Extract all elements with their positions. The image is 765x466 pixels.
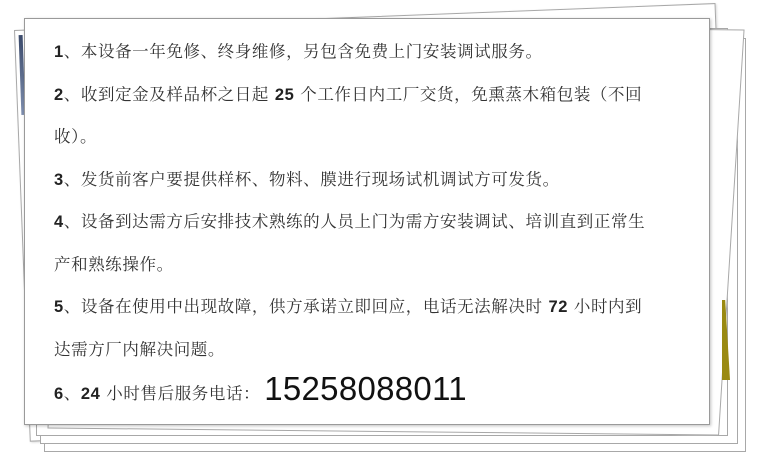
term-text: 、设备到达需方后安排技术熟练的人员上门为需方安装调试、培训直到正常生 <box>64 212 645 231</box>
term-number: 1 <box>54 43 64 61</box>
term-4-continued: 产和熟练操作。 <box>54 255 704 275</box>
service-terms: 1、本设备一年免修、终身维修，另包含免费上门安装调试服务。 2、收到定金及样品杯… <box>54 42 704 427</box>
term-number: 3 <box>54 171 64 189</box>
term-2: 2、收到定金及样品杯之日起 25 个工作日内工厂交货，免熏蒸木箱包装（不回 <box>54 85 704 105</box>
term-4: 4、设备到达需方后安排技术熟练的人员上门为需方安装调试、培训直到正常生 <box>54 212 704 232</box>
term-6: 6、24 小时售后服务电话： 15258088011 <box>54 374 704 404</box>
term-text: 产和熟练操作。 <box>54 255 174 274</box>
term-text: 、收到定金及样品杯之日起 <box>64 85 275 104</box>
term-number: 6 <box>54 385 64 403</box>
term-2-continued: 收）。 <box>54 127 704 147</box>
term-3: 3、发货前客户要提供样杯、物料、膜进行现场试机调试方可发货。 <box>54 170 704 190</box>
days-number: 25 <box>275 86 295 104</box>
term-number: 2 <box>54 86 64 104</box>
term-text: 达需方厂内解决问题。 <box>54 340 225 359</box>
term-number: 4 <box>54 213 64 231</box>
term-text: 、 <box>64 384 81 403</box>
term-5-continued: 达需方厂内解决问题。 <box>54 340 704 360</box>
term-text: 收）。 <box>54 127 97 146</box>
term-text: 小时内到 <box>568 297 642 316</box>
term-text: 、本设备一年免修、终身维修，另包含免费上门安装调试服务。 <box>64 42 543 61</box>
term-text: 、发货前客户要提供样杯、物料、膜进行现场试机调试方可发货。 <box>64 170 560 189</box>
term-1: 1、本设备一年免修、终身维修，另包含免费上门安装调试服务。 <box>54 42 704 62</box>
service-phone-number: 15258088011 <box>264 374 467 404</box>
hours-number: 24 <box>81 385 101 403</box>
term-text: 小时售后服务电话： <box>100 384 260 403</box>
hours-number: 72 <box>548 298 568 316</box>
term-5: 5、设备在使用中出现故障，供方承诺立即回应，电话无法解决时 72 小时内到 <box>54 297 704 317</box>
term-text: 、设备在使用中出现故障，供方承诺立即回应，电话无法解决时 <box>64 297 549 316</box>
term-number: 5 <box>54 298 64 316</box>
term-text: 个工作日内工厂交货，免熏蒸木箱包装（不回 <box>294 85 642 104</box>
